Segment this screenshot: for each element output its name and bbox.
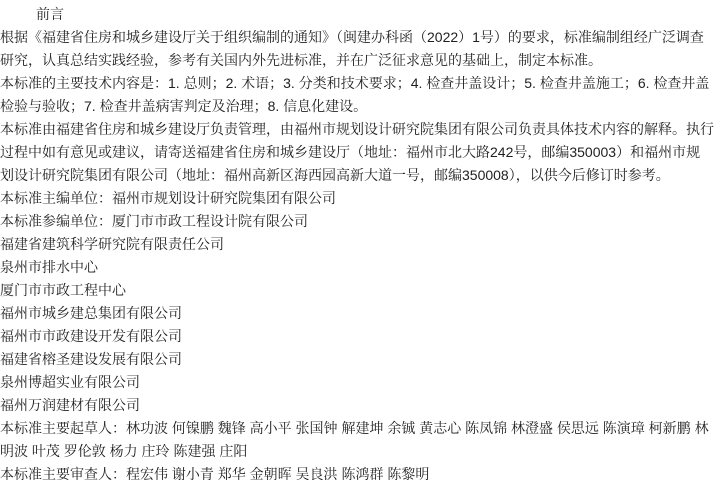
page-title: 前言 (0, 3, 718, 26)
document-line: 福建省建筑科学研究院有限责任公司 (0, 233, 718, 256)
document-line: 过程中如有意见或建议，请寄送福建省住房和城乡建设厅（地址：福州市北大路242号，… (0, 141, 718, 164)
document-line: 厦门市市政工程中心 (0, 279, 718, 302)
document-line: 福州市市政建设开发有限公司 (0, 325, 718, 348)
document-line: 本标准主要审查人：程宏伟 谢小青 郑华 金朝晖 吴良洪 陈鸿群 陈黎明 (0, 463, 718, 480)
document-line: 检验与验收；7. 检查井盖病害判定及治理；8. 信息化建设。 (0, 95, 718, 118)
document-line: 泉州市排水中心 (0, 256, 718, 279)
document-line: 本标准主要起草人：林功波 何镍鹏 魏锋 高小平 张国钟 解建坤 余铖 黄志心 陈… (0, 417, 718, 440)
document-line: 明波 叶茂 罗伦敦 杨力 庄玲 陈建强 庄阳 (0, 440, 718, 463)
document-line: 研究，认真总结实践经验，参考有关国内外先进标准，并在广泛征求意见的基础上，制定本… (0, 49, 718, 72)
document-line: 根据《福建省住房和城乡建设厅关于组织编制的通知》（闽建办科函（2022）1号）的… (0, 26, 718, 49)
document-line: 本标准主编单位：福州市规划设计研究院集团有限公司 (0, 187, 718, 210)
document-line: 泉州博超实业有限公司 (0, 371, 718, 394)
document-line: 本标准由福建省住房和城乡建设厅负责管理，由福州市规划设计研究院集团有限公司负责具… (0, 118, 718, 141)
document-line: 福州市城乡建总集团有限公司 (0, 302, 718, 325)
document-line: 本标准参编单位：厦门市市政工程设计院有限公司 (0, 210, 718, 233)
document-line: 福州万润建材有限公司 (0, 394, 718, 417)
document-line: 本标准的主要技术内容是：1. 总则；2. 术语；3. 分类和技术要求；4. 检查… (0, 72, 718, 95)
document-line: 福建省榕圣建设发展有限公司 (0, 348, 718, 371)
document-line: 划设计研究院集团有限公司（地址：福州高新区海西园高新大道一号，邮编350008）… (0, 164, 718, 187)
document-page: 前言 根据《福建省住房和城乡建设厅关于组织编制的通知》（闽建办科函（2022）1… (0, 0, 718, 480)
